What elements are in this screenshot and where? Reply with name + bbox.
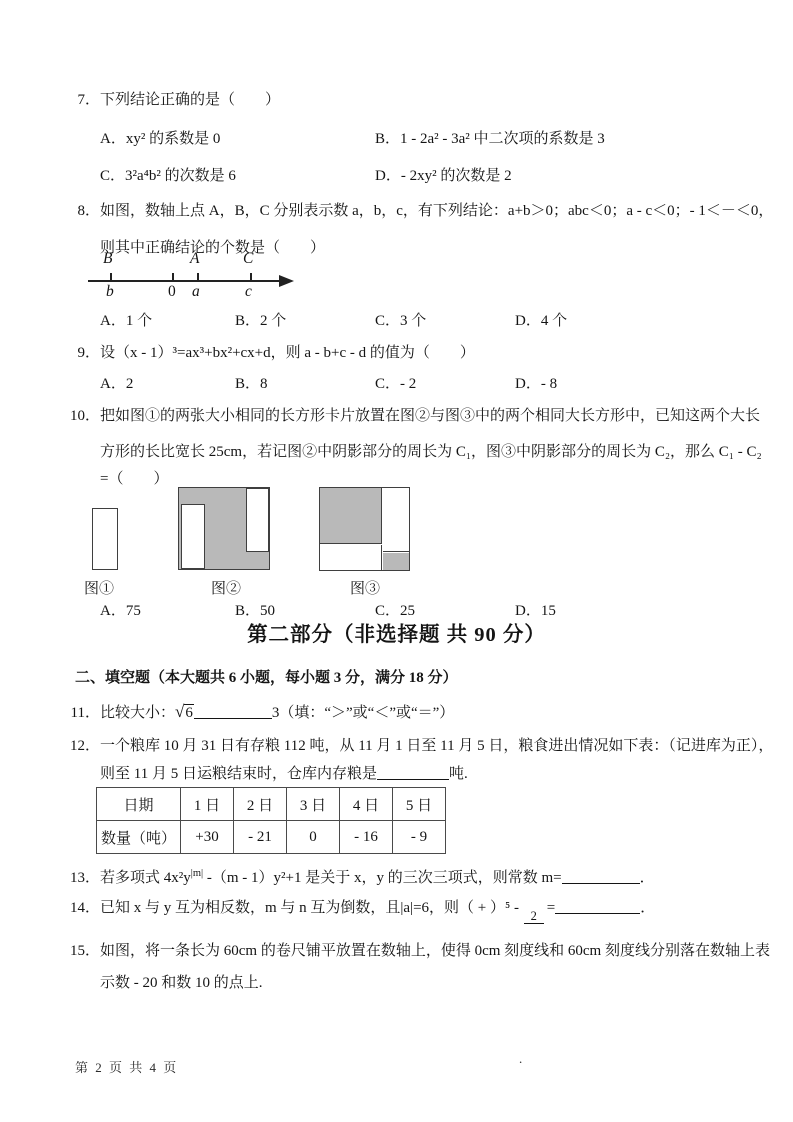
- grain-th-day4: 4 日: [340, 788, 393, 821]
- question-13: 13． 若多项式 4x²y|m| -（m - 1）y²+1 是关于 x，y 的三…: [100, 866, 655, 887]
- exam-page: 7． 下列结论正确的是（ ） A．xy² 的系数是 0 B．1 - 2a² - …: [0, 0, 793, 1122]
- numberline-label-a: a: [192, 283, 200, 301]
- numberline-label-A: A: [190, 250, 199, 268]
- q11-answer-blank: [194, 704, 272, 719]
- question-10-line2: 方形的长比宽长 25cm，若记图②中阴影部分的周长为 C₁，图③中阴影部分的周长…: [100, 440, 762, 461]
- question-12-number: 12．: [70, 734, 100, 755]
- question-12-line1: 一个粮库 10 月 31 日有存粮 112 吨，从 11 月 1 日至 11 月…: [100, 738, 773, 754]
- question-10-line1: 把如图①的两张大小相同的长方形卡片放置在图②与图③中的两个相同大长方形中，已知这…: [100, 408, 760, 424]
- grain-td-day2: - 21: [234, 821, 287, 854]
- numberline-tick-a: [197, 273, 199, 281]
- grain-td-day5: - 9: [393, 821, 446, 854]
- grain-th-date: 日期: [97, 788, 181, 821]
- q13-answer-blank: [562, 869, 640, 884]
- question-7: 7． 下列结论正确的是（ ）: [100, 88, 280, 109]
- numberline-axis: [88, 280, 282, 282]
- q13-period: ．: [640, 870, 655, 886]
- grain-th-day5: 5 日: [393, 788, 446, 821]
- numberline-label-0: 0: [168, 283, 176, 301]
- q12-line2-pre: 则至 11 月 5 日运粮结束时，仓库内存粮是: [100, 766, 377, 782]
- numberline-label-C: C: [243, 250, 253, 268]
- figure-1-label: 图①: [76, 577, 122, 598]
- question-15: 15． 如图，将一条长为 60cm 的卷尺铺平放置在数轴上，使得 0cm 刻度线…: [100, 939, 770, 960]
- question-8-line1: 如图，数轴上点 A，B，C 分别表示数 a，b，c，有下列结论：a+b＞0；ab…: [100, 203, 773, 219]
- question-11-number: 11．: [71, 701, 100, 722]
- q9-option-d: D．- 8: [515, 372, 557, 393]
- section-2-title: 第二部分（非选择题 共 90 分）: [0, 617, 793, 647]
- question-14: 14． 已知 x 与 y 互为相反数，m 与 n 互为倒数，且|a|=6，则（ …: [100, 896, 655, 934]
- question-15-line1: 如图，将一条长为 60cm 的卷尺铺平放置在数轴上，使得 0cm 刻度线和 60…: [100, 943, 770, 959]
- q7-option-d: D．- 2xy² 的次数是 2: [375, 164, 512, 185]
- q14-fraction-bar: [524, 923, 544, 934]
- question-9-stem: 设（x - 1）³=ax³+bx²+cx+d，则 a - b+c - d 的值为…: [100, 345, 475, 361]
- q8-option-d: D．4 个: [515, 309, 567, 330]
- q12-line2-post: 吨.: [449, 766, 468, 782]
- fill-in-section-header: 二、填空题（本大题共 6 小题，每小题 3 分，满分 18 分）: [75, 666, 458, 687]
- q14-fraction: 2: [524, 910, 544, 934]
- numberline-figure: B A C b 0 a c: [88, 252, 318, 310]
- page-footer: 第 2 页 共 4 页: [75, 1057, 178, 1076]
- question-8-number: 8．: [77, 199, 100, 220]
- q14-part1: 已知 x 与 y 互为相反数，m 与 n 互为倒数，且|a|=6，则（ + ）⁵…: [100, 900, 523, 916]
- q10-fig2-white-left: [181, 504, 205, 569]
- q13-part2: -（m - 1）y²+1 是关于 x，y 的三次三项式，则常数 m=: [203, 870, 562, 886]
- q8-option-c: C．3 个: [375, 309, 426, 330]
- numberline-label-b: b: [106, 283, 114, 301]
- numberline-label-B: B: [103, 250, 112, 268]
- question-15-line2: 示数 - 20 和数 10 的点上.: [100, 971, 263, 992]
- q8-option-b: B．2 个: [235, 309, 286, 330]
- question-8: 8． 如图，数轴上点 A，B，C 分别表示数 a，b，c，有下列结论：a+b＞0…: [100, 199, 773, 220]
- sqrt-radicand: 6: [184, 704, 194, 721]
- question-15-number: 15．: [70, 939, 100, 960]
- question-10-number: 10．: [70, 404, 100, 425]
- sqrt-symbol: √: [175, 702, 184, 721]
- q7-option-c: C．3²a⁴b² 的次数是 6: [100, 164, 236, 185]
- grain-table: 日期 1 日 2 日 3 日 4 日 5 日 数量（吨） +30 - 21 0 …: [96, 787, 446, 854]
- grain-td-label: 数量（吨）: [97, 821, 181, 854]
- q14-answer-blank: [555, 899, 640, 914]
- q10-fig3-gray-topleft: [320, 488, 382, 544]
- grain-th-day1: 1 日: [181, 788, 234, 821]
- q10-fig2-white-right: [246, 488, 269, 552]
- numberline-tick-b: [110, 273, 112, 281]
- question-10: 10． 把如图①的两张大小相同的长方形卡片放置在图②与图③中的两个相同大长方形中…: [100, 404, 760, 425]
- q14-fraction-numerator: 2: [524, 910, 544, 923]
- q10-figure-3: [319, 487, 410, 571]
- numberline-tick-c: [250, 273, 252, 281]
- numberline-label-c: c: [245, 283, 252, 301]
- q14-part2: =: [547, 900, 555, 916]
- question-11: 11． 比较大小：√63（填：“＞”或“＜”或“＝”）: [100, 701, 454, 722]
- q8-option-a: A．1 个: [100, 309, 152, 330]
- question-9: 9． 设（x - 1）³=ax³+bx²+cx+d，则 a - b+c - d …: [100, 341, 475, 362]
- q10-figure-1-card: [92, 508, 118, 570]
- question-10-line3: =（ ）: [100, 467, 168, 488]
- question-13-number: 13．: [70, 866, 100, 887]
- q14-period: ．: [640, 900, 655, 916]
- q12-answer-blank: [377, 765, 449, 780]
- grain-th-day3: 3 日: [287, 788, 340, 821]
- q7-option-b: B．1 - 2a² - 3a² 中二次项的系数是 3: [375, 127, 605, 148]
- footer-dot: .: [519, 1051, 522, 1067]
- q9-option-c: C．- 2: [375, 372, 416, 393]
- question-7-stem: 下列结论正确的是（ ）: [100, 92, 280, 108]
- q9-option-b: B．8: [235, 372, 268, 393]
- grain-td-day4: - 16: [340, 821, 393, 854]
- question-12-line2: 则至 11 月 5 日运粮结束时，仓库内存粮是吨.: [100, 762, 468, 783]
- q10-fig3-gray-bottomright: [383, 553, 410, 571]
- q11-suffix: 3（填：“＞”或“＜”或“＝”）: [272, 705, 454, 721]
- grain-td-day1: +30: [181, 821, 234, 854]
- q10-figure-2: [178, 487, 270, 570]
- question-14-number: 14．: [70, 896, 100, 917]
- q7-option-a: A．xy² 的系数是 0: [100, 127, 220, 148]
- numberline-tick-0: [172, 273, 174, 281]
- figure-2-label: 图②: [203, 577, 249, 598]
- question-9-number: 9．: [77, 341, 100, 362]
- figure-3-label: 图③: [342, 577, 388, 598]
- question-7-number: 7．: [77, 88, 100, 109]
- q11-prefix: 比较大小：: [100, 705, 175, 721]
- numberline-arrow-icon: [279, 275, 294, 287]
- grain-td-day3: 0: [287, 821, 340, 854]
- q10-fig3-white-right: [383, 488, 410, 552]
- grain-th-day2: 2 日: [234, 788, 287, 821]
- q10-fig3-white-bottomleft: [320, 545, 382, 571]
- grain-table-header-row: 日期 1 日 2 日 3 日 4 日 5 日: [97, 788, 446, 821]
- q9-option-a: A．2: [100, 372, 133, 393]
- q13-part1: 若多项式 4x²y: [100, 870, 191, 886]
- q13-exponent: |m|: [191, 868, 203, 879]
- q10-figures: 图① 图② 图③: [92, 487, 432, 599]
- question-12: 12． 一个粮库 10 月 31 日有存粮 112 吨，从 11 月 1 日至 …: [100, 734, 773, 755]
- grain-table-value-row: 数量（吨） +30 - 21 0 - 16 - 9: [97, 821, 446, 854]
